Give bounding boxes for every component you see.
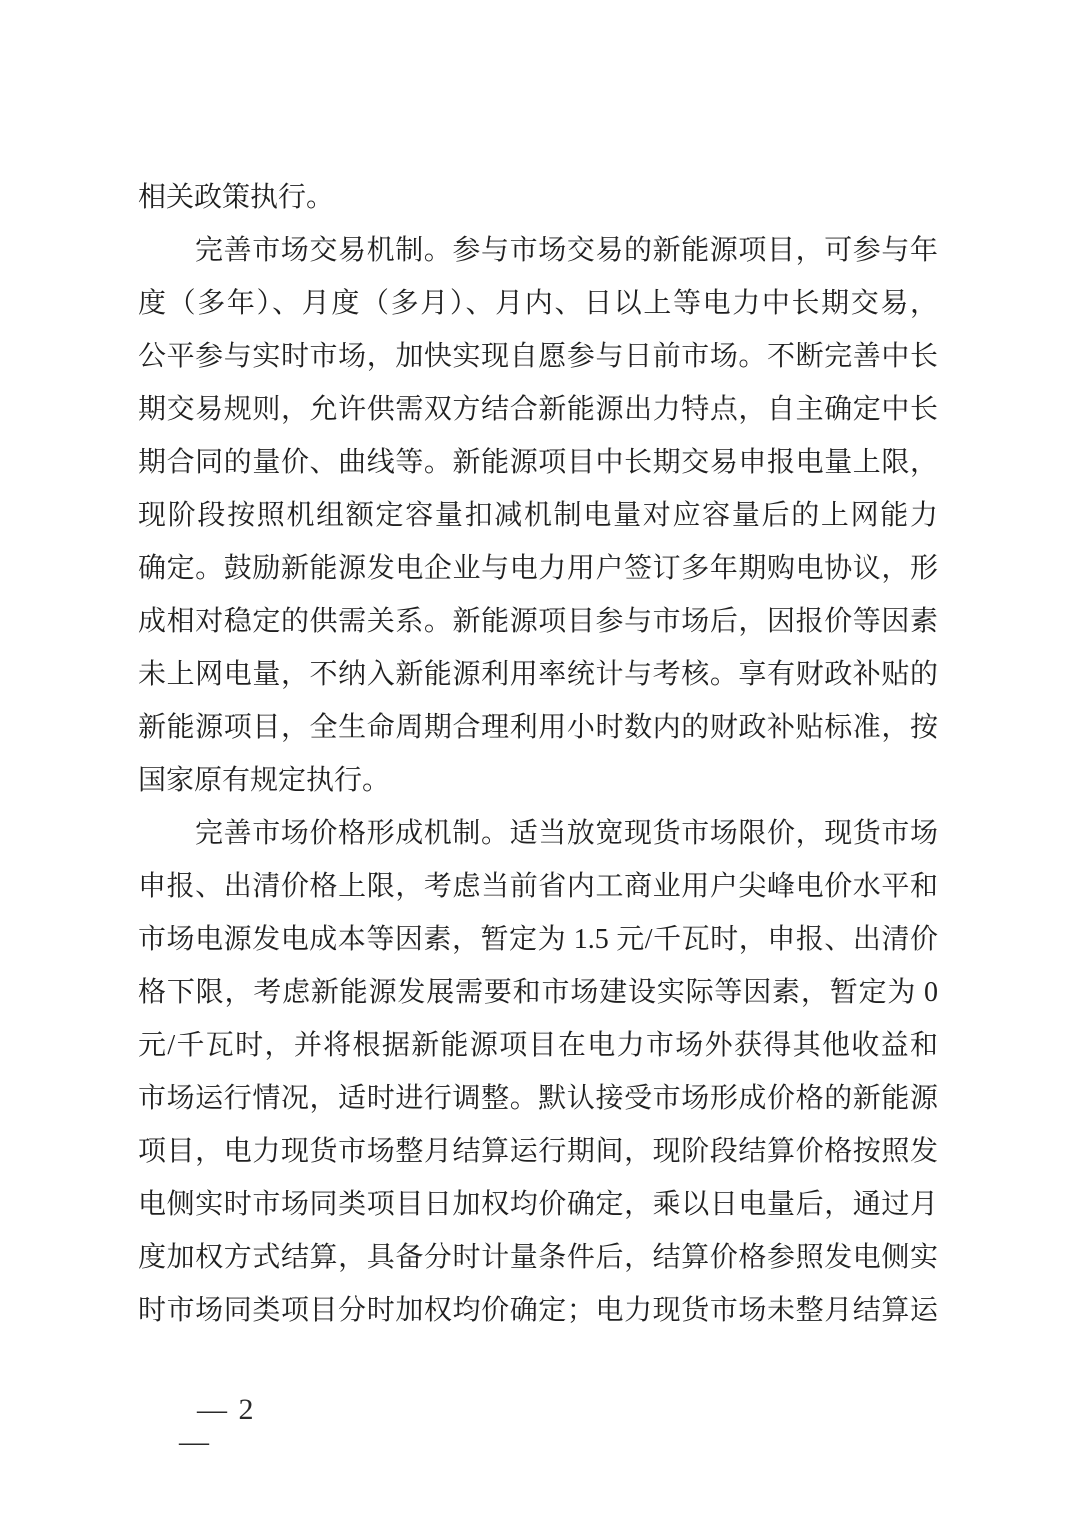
text-line: 度（多年）、月度（多月）、月内、日以上等电力中长期交易， bbox=[138, 277, 938, 330]
text-line: 相关政策执行。 bbox=[138, 171, 938, 224]
text-line: 市场电源发电成本等因素，暂定为 1.5 元/千瓦时，申报、出清价 bbox=[138, 913, 938, 966]
text-line: 成相对稳定的供需关系。新能源项目参与市场后，因报价等因素 bbox=[138, 595, 938, 648]
text-line: 确定。鼓励新能源发电企业与电力用户签订多年期购电协议，形 bbox=[138, 542, 938, 595]
text-line: 期交易规则，允许供需双方结合新能源出力特点，自主确定中长 bbox=[138, 383, 938, 436]
text-line: 期合同的量价、曲线等。新能源项目中长期交易申报电量上限， bbox=[138, 436, 938, 489]
text-line: 新能源项目，全生命周期合理利用小时数内的财政补贴标准，按 bbox=[138, 701, 938, 754]
document-page: 相关政策执行。 完善市场交易机制。参与市场交易的新能源项目，可参与年 度（多年）… bbox=[0, 0, 1080, 1526]
text-line: 时市场同类项目分时加权均价确定；电力现货市场未整月结算运 bbox=[138, 1284, 938, 1337]
text-line: 度加权方式结算，具备分时计量条件后，结算价格参照发电侧实 bbox=[138, 1231, 938, 1284]
text-line: 项目，电力现货市场整月结算运行期间，现阶段结算价格按照发 bbox=[138, 1125, 938, 1178]
text-line: 国家原有规定执行。 bbox=[138, 754, 938, 807]
text-line: 未上网电量，不纳入新能源利用率统计与考核。享有财政补贴的 bbox=[138, 648, 938, 701]
text-line: 公平参与实时市场，加快实现自愿参与日前市场。不断完善中长 bbox=[138, 330, 938, 383]
text-line: 市场运行情况，适时进行调整。默认接受市场形成价格的新能源 bbox=[138, 1072, 938, 1125]
page-number-wrapped-dash: — bbox=[179, 1424, 209, 1460]
text-line: 元/千瓦时，并将根据新能源项目在电力市场外获得其他收益和 bbox=[138, 1019, 938, 1072]
text-line: 电侧实时市场同类项目日加权均价确定，乘以日电量后，通过月 bbox=[138, 1178, 938, 1231]
text-line: 申报、出清价格上限，考虑当前省内工商业用户尖峰电价水平和 bbox=[138, 860, 938, 913]
page-number: — 2 bbox=[197, 1392, 256, 1428]
text-line: 完善市场交易机制。参与市场交易的新能源项目，可参与年 bbox=[138, 224, 938, 277]
body-text: 相关政策执行。 完善市场交易机制。参与市场交易的新能源项目，可参与年 度（多年）… bbox=[138, 171, 938, 1337]
text-line: 完善市场价格形成机制。适当放宽现货市场限价，现货市场 bbox=[138, 807, 938, 860]
text-line: 格下限，考虑新能源发展需要和市场建设实际等因素，暂定为 0 bbox=[138, 966, 938, 1019]
text-line: 现阶段按照机组额定容量扣减机制电量对应容量后的上网能力 bbox=[138, 489, 938, 542]
